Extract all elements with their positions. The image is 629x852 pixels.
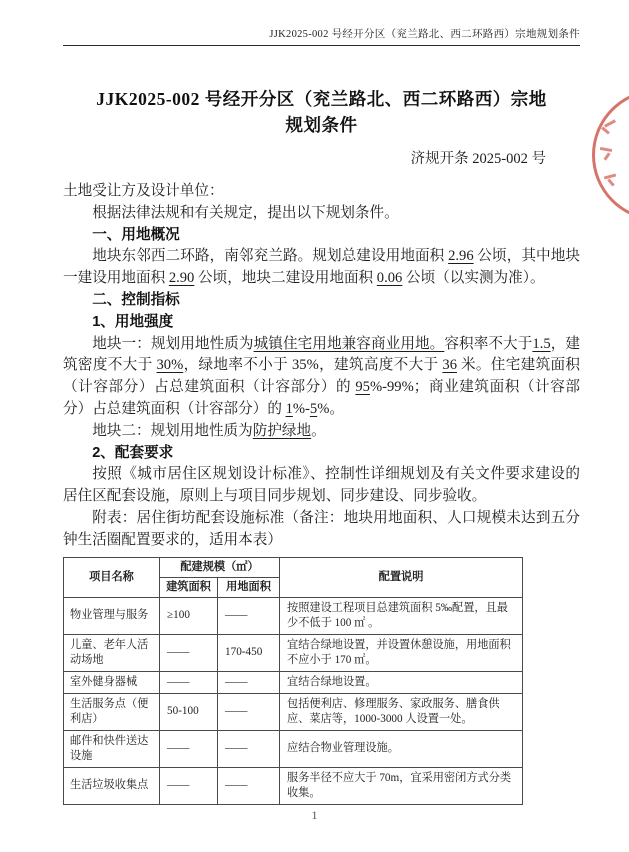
table-row: 邮件和快件送达设施 —— —— 应结合物业管理设施。 <box>64 730 523 767</box>
cell-description: 应结合物业管理设施。 <box>280 730 523 767</box>
col-header-item: 项目名称 <box>64 557 160 597</box>
col-header-land-area: 用地面积 <box>218 577 280 597</box>
cell-item-name: 物业管理与服务 <box>64 597 160 634</box>
cell-item-name: 生活垃圾收集点 <box>64 767 160 804</box>
cell-item-name: 儿童、老年人活动场地 <box>64 634 160 671</box>
col-header-scale: 配建规模（㎡） <box>160 557 280 577</box>
section2-heading: 二、控制指标 <box>63 290 580 312</box>
table-row: 物业管理与服务 ≥100 —— 按照建设工程项目总建筑面积 5‰配置，且最少不低… <box>64 597 523 634</box>
cell-land-area: —— <box>218 730 280 767</box>
cell-description: 服务半径不应大于 70m，宜采用密闭方式分类收集。 <box>280 767 523 804</box>
scanned-document-page: JJK2025-002 号经开分区（兖兰路北、西二环路西）宗地规划条件 JJK2… <box>0 0 629 852</box>
cell-land-area: —— <box>218 693 280 730</box>
appendix-note-paragraph: 附表：居住街坊配套设施标准（备注：地块用地面积、人口规模未达到五分钟生活圈配置要… <box>63 508 580 552</box>
cell-land-area: —— <box>218 671 280 693</box>
col-header-floor-area: 建筑面积 <box>160 577 218 597</box>
document-title-line1: JJK2025-002 号经开分区（兖兰路北、西二环路西）宗地 <box>96 89 547 109</box>
cell-description: 宜结合绿地设置，并设置休憩设施，用地面积不应小于 170 ㎡。 <box>280 634 523 671</box>
document-number: 济规开条 2025-002 号 <box>63 147 546 168</box>
facility-standards-table: 项目名称 配建规模（㎡） 配置说明 建筑面积 用地面积 物业管理与服务 ≥100… <box>63 557 523 805</box>
table-row: 生活垃圾收集点 —— —— 服务半径不应大于 70m，宜采用密闭方式分类收集。 <box>64 767 523 804</box>
cell-floor-area: —— <box>160 730 218 767</box>
cell-floor-area: —— <box>160 671 218 693</box>
plot1-paragraph: 地块一：规划用地性质为城镇住宅用地兼容商业用地。容积率不大于1.5，建筑密度不大… <box>63 334 580 421</box>
subsection1-heading: 1、用地强度 <box>63 312 580 334</box>
official-seal-icon <box>592 89 629 221</box>
col-header-desc: 配置说明 <box>280 557 523 597</box>
table-row: 儿童、老年人活动场地 —— 170-450 宜结合绿地设置，并设置休憩设施，用地… <box>64 634 523 671</box>
cell-item-name: 邮件和快件送达设施 <box>64 730 160 767</box>
table-row: 生活服务点（便利店） 50-100 —— 包括便利店、修理服务、家政服务、膳食供… <box>64 693 523 730</box>
support-facilities-paragraph: 按照《城市居住区规划设计标准》、控制性详细规划及有关文件要求建设的居住区配套设施… <box>63 464 580 508</box>
intro-paragraph: 根据法律法规和有关规定，提出以下规划条件。 <box>63 203 580 225</box>
cell-floor-area: —— <box>160 767 218 804</box>
subsection2-heading: 2、配套要求 <box>63 443 580 465</box>
table-row: 室外健身器械 —— —— 宜结合绿地设置。 <box>64 671 523 693</box>
table-header-row-1: 项目名称 配建规模（㎡） 配置说明 <box>64 557 523 577</box>
cell-description: 宜结合绿地设置。 <box>280 671 523 693</box>
running-header: JJK2025-002 号经开分区（兖兰路北、西二环路西）宗地规划条件 <box>63 26 580 41</box>
section1-heading: 一、用地概况 <box>63 225 580 247</box>
cell-floor-area: —— <box>160 634 218 671</box>
cell-description: 包括便利店、修理服务、家政服务、膳食供应、菜店等，1000-3000 人设置一处… <box>280 693 523 730</box>
salutation-line: 土地受让方及设计单位： <box>63 181 580 203</box>
cell-land-area: —— <box>218 597 280 634</box>
cell-floor-area: 50-100 <box>160 693 218 730</box>
document-title-line2: 规划条件 <box>286 115 358 135</box>
header-rule <box>63 45 580 46</box>
document-title: JJK2025-002 号经开分区（兖兰路北、西二环路西）宗地 规划条件 <box>63 86 580 138</box>
cell-land-area: 170-450 <box>218 634 280 671</box>
document-body: JJK2025-002 号经开分区（兖兰路北、西二环路西）宗地 规划条件 济规开… <box>63 86 580 805</box>
cell-item-name: 室外健身器械 <box>64 671 160 693</box>
cell-description: 按照建设工程项目总建筑面积 5‰配置，且最少不低于 100 ㎡ 。 <box>280 597 523 634</box>
cell-item-name: 生活服务点（便利店） <box>64 693 160 730</box>
page-number: 1 <box>0 808 629 823</box>
cell-floor-area: ≥100 <box>160 597 218 634</box>
cell-land-area: —— <box>218 767 280 804</box>
plot2-paragraph: 地块二：规划用地性质为防护绿地。 <box>63 421 580 443</box>
land-overview-paragraph: 地块东邻西二环路，南邻兖兰路。规划总建设用地面积 2.96 公顷，其中地块一建设… <box>63 246 580 290</box>
